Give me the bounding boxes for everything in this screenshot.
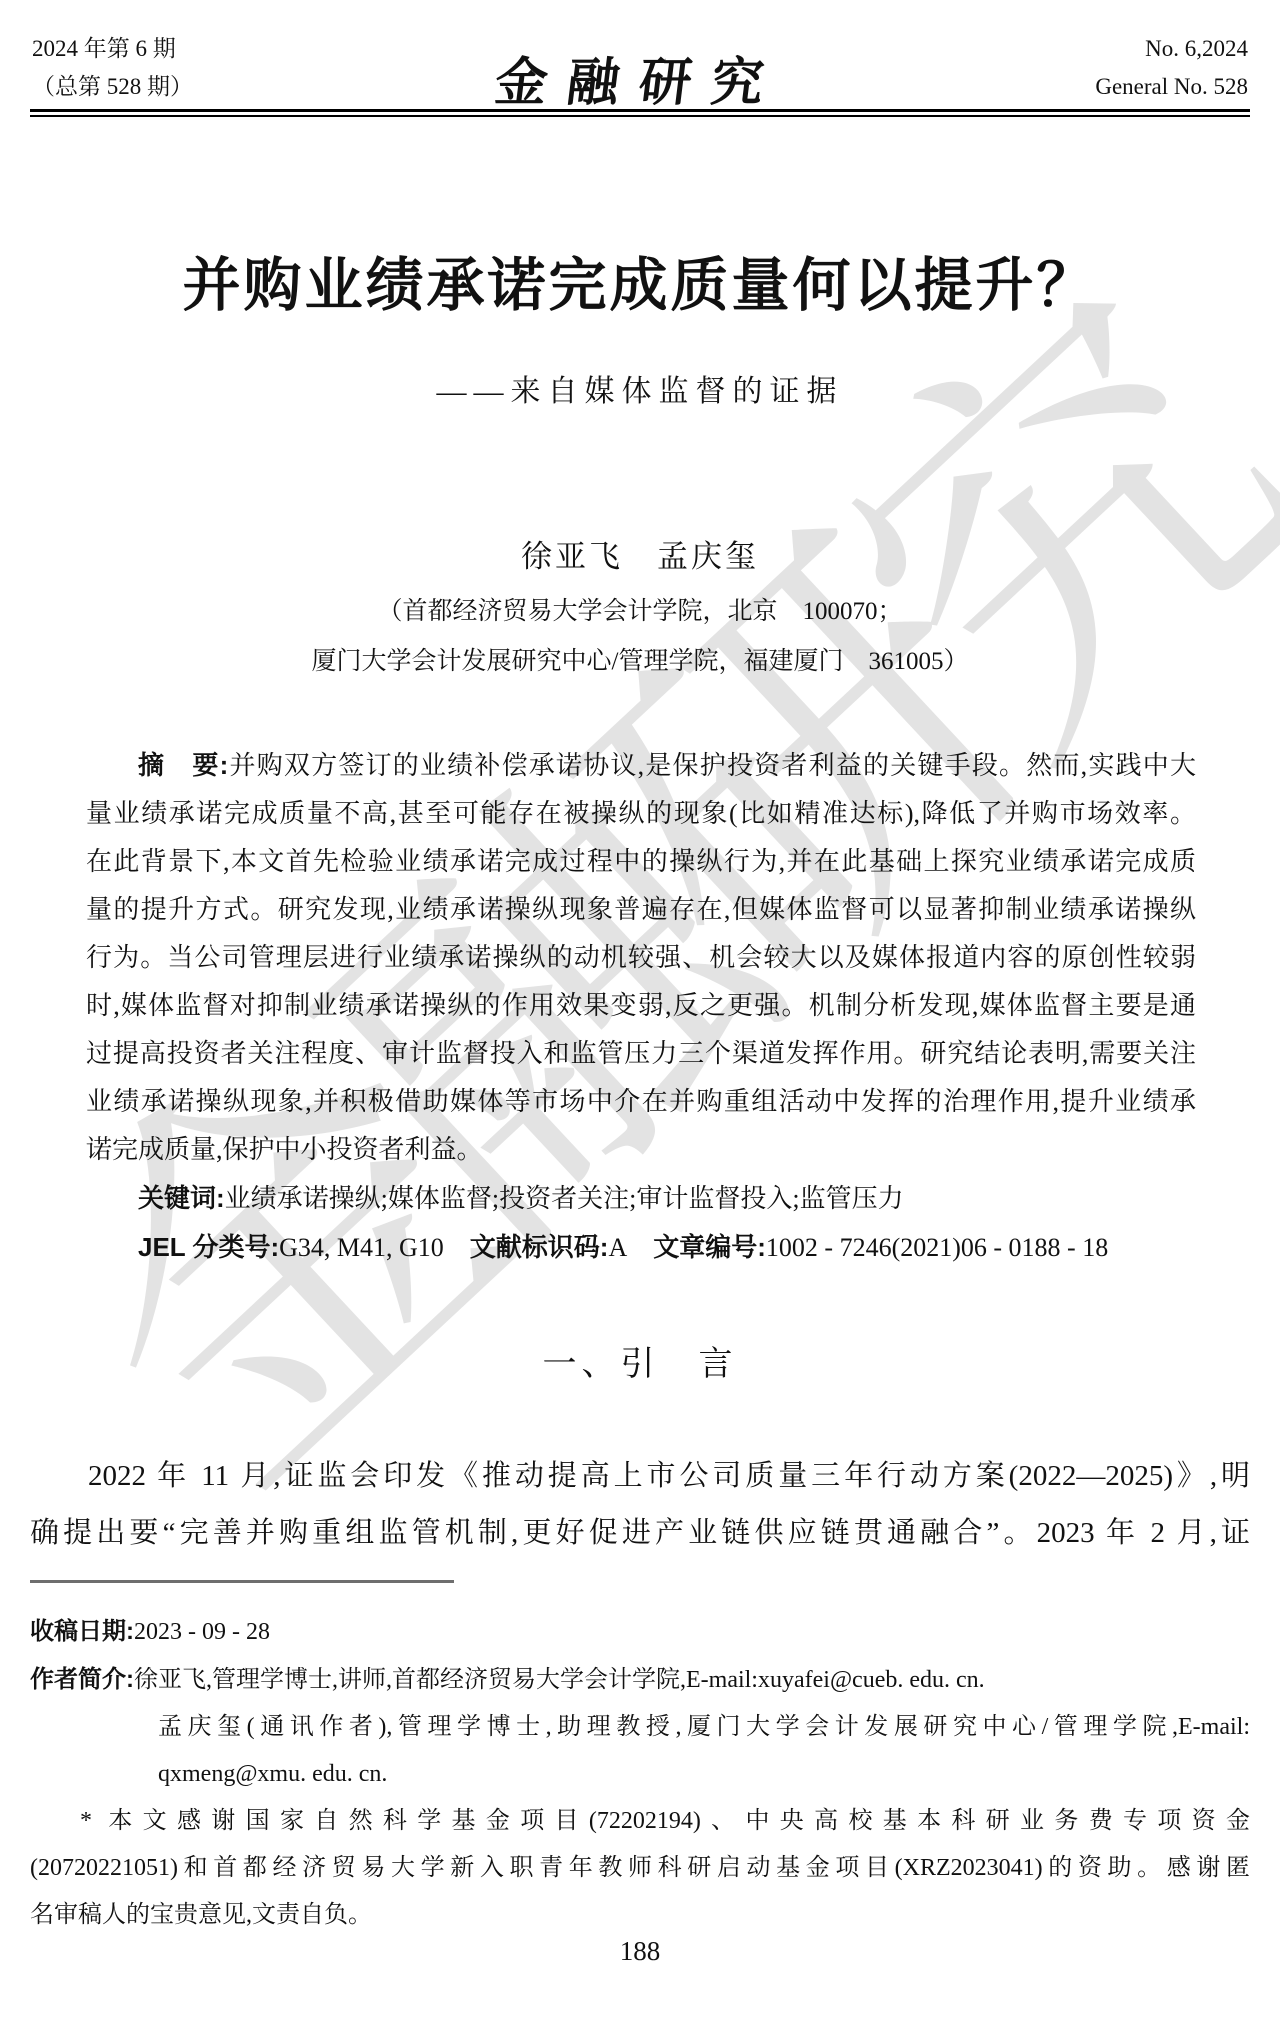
author-bio-line: qxmeng@xmu. edu. cn. bbox=[30, 1751, 1250, 1798]
abstract-line: 行为。当公司管理层进行业绩承诺操纵的动机较强、机会较大以及媒体报道内容的原创性较… bbox=[86, 934, 1196, 982]
intro-line: 确提出要“完善并购重组监管机制,更好促进产业链供应链贯通融合”。2023 年 2… bbox=[30, 1505, 1250, 1562]
abstract-line: 过提高投资者关注程度、审计监督投入和监管压力三个渠道发挥作用。研究结论表明,需要… bbox=[86, 1030, 1196, 1078]
article-title: 并购业绩承诺完成质量何以提升？ bbox=[0, 238, 1280, 322]
acknowledgement-line: 名审稿人的宝贵意见,文责自负。 bbox=[30, 1892, 1250, 1939]
article-number-label: 文章编号: bbox=[653, 1232, 766, 1262]
article-subtitle: ——来自媒体监督的证据 bbox=[0, 366, 1280, 410]
keywords-value: 业绩承诺操纵;媒体监督;投资者关注;审计监督投入;监管压力 bbox=[225, 1184, 904, 1213]
author-bio-value: 徐亚飞,管理学博士,讲师,首都经济贸易大学会计学院,E-mail:xuyafei… bbox=[134, 1667, 985, 1693]
abstract-line: 量的提升方式。研究发现,业绩承诺操纵现象普遍存在,但媒体监督可以显著抑制业绩承诺… bbox=[86, 886, 1196, 934]
journal-article-page: 金融研究 2024 年第 6 期 （总第 528 期） 金融研究 No. 6,2… bbox=[0, 0, 1280, 2026]
footnote-separator-rule bbox=[30, 1580, 454, 1583]
jel-line: JEL 分类号:G34, M41, G10文献标识码:A文章编号:1002 - … bbox=[86, 1223, 1196, 1272]
article-number-value: 1002 - 7246(2021)06 - 0188 - 18 bbox=[766, 1233, 1108, 1262]
intro-line: 2022 年 11 月,证监会印发《推动提高上市公司质量三年行动方案(2022—… bbox=[30, 1448, 1250, 1505]
abstract-line: 业绩承诺操纵现象,并积极借助媒体等市场中介在并购重组活动中发挥的治理作用,提升业… bbox=[86, 1078, 1196, 1126]
author-names: 徐亚飞 孟庆玺 bbox=[0, 531, 1280, 576]
section-heading-introduction: 一、引 言 bbox=[0, 1336, 1280, 1385]
acknowledgement-line: (20720221051)和首都经济贸易大学新入职青年教师科研启动基金项目(XR… bbox=[30, 1845, 1250, 1892]
author-bio-line: 作者简介:徐亚飞,管理学博士,讲师,首都经济贸易大学会计学院,E-mail:xu… bbox=[30, 1656, 1250, 1704]
doc-code-label: 文献标识码: bbox=[470, 1232, 609, 1262]
general-issue-number-en: General No. 528 bbox=[1095, 68, 1248, 106]
keywords-label: 关键词: bbox=[138, 1183, 225, 1213]
issue-number-en: No. 6,2024 bbox=[1095, 30, 1248, 68]
acknowledgement-line: * 本文感谢国家自然科学基金项目(72202194)、中央高校基本科研业务费专项… bbox=[30, 1798, 1250, 1845]
jel-label: JEL 分类号: bbox=[138, 1232, 279, 1262]
abstract-line: 在此背景下,本文首先检验业绩承诺完成过程中的操纵行为,并在此基础上探究业绩承诺完… bbox=[86, 838, 1196, 886]
header-issue-info-en: No. 6,2024 General No. 528 bbox=[1095, 30, 1248, 106]
abstract-block: 摘 要:并购双方签订的业绩补偿承诺协议,是保护投资者利益的关键手段。然而,实践中… bbox=[86, 741, 1196, 1272]
received-date-value: 2023 - 09 - 28 bbox=[134, 1619, 270, 1645]
page-number: 188 bbox=[0, 1936, 1280, 1967]
received-date-label: 收稿日期: bbox=[30, 1618, 134, 1645]
abstract-line: 量业绩承诺完成质量不高,甚至可能存在被操纵的现象(比如精准达标),降低了并购市场… bbox=[86, 790, 1196, 838]
abstract-label: 摘 要: bbox=[138, 750, 228, 780]
author-bio-line: 孟庆玺(通讯作者),管理学博士,助理教授,厦门大学会计发展研究中心/管理学院,E… bbox=[30, 1704, 1250, 1751]
abstract-line: 时,媒体监督对抑制业绩承诺操纵的作用效果变弱,反之更强。机制分析发现,媒体监督主… bbox=[86, 982, 1196, 1030]
header-divider-rule bbox=[30, 109, 1250, 117]
introduction-paragraph: 2022 年 11 月,证监会印发《推动提高上市公司质量三年行动方案(2022—… bbox=[30, 1448, 1250, 1562]
jel-value: G34, M41, G10 bbox=[279, 1233, 444, 1262]
received-date-line: 收稿日期:2023 - 09 - 28 bbox=[30, 1608, 1250, 1656]
author-bio-label: 作者简介: bbox=[30, 1666, 134, 1693]
keywords-line: 关键词:业绩承诺操纵;媒体监督;投资者关注;审计监督投入;监管压力 bbox=[86, 1174, 1196, 1223]
affiliation-line-2: 厦门大学会计发展研究中心/管理学院，福建厦门 361005） bbox=[0, 641, 1280, 677]
footnote-block: 收稿日期:2023 - 09 - 28 作者简介:徐亚飞,管理学博士,讲师,首都… bbox=[30, 1608, 1250, 1939]
affiliation-line-1: （首都经济贸易大学会计学院，北京 100070； bbox=[0, 591, 1280, 627]
abstract-line: 摘 要:并购双方签订的业绩补偿承诺协议,是保护投资者利益的关键手段。然而,实践中… bbox=[86, 741, 1196, 790]
abstract-line: 诺完成质量,保护中小投资者利益。 bbox=[86, 1126, 1196, 1174]
journal-title-calligraphy: 金融研究 bbox=[0, 40, 1280, 115]
doc-code-value: A bbox=[608, 1233, 627, 1262]
